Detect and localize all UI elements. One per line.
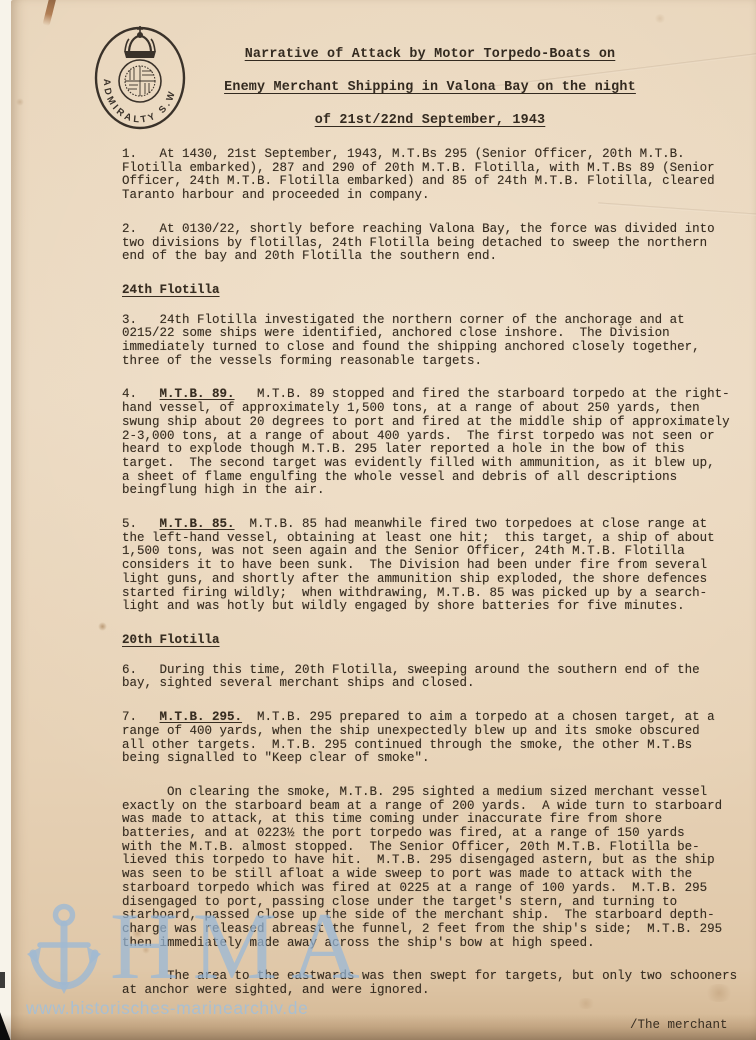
section-heading-24th-flotilla: 24th Flotilla [122,284,756,298]
paragraph-text: M.T.B. 89 stopped and fired the starboar… [122,387,730,497]
paragraph-text: The area to the eastwards was then swept… [122,969,737,997]
section-heading-20th-flotilla: 20th Flotilla [122,634,756,648]
document-title: Narrative of Attack by Motor Torpedo-Boa… [180,38,680,137]
paragraph-number: 5. [122,517,160,531]
document-body: 1. At 1430, 21st September, 1943, M.T.Bs… [122,148,756,1018]
paragraph-text: M.T.B. 85 had meanwhile fired two torped… [122,517,715,613]
paragraph-5: 5. M.T.B. 85. M.T.B. 85 had meanwhile fi… [122,518,756,614]
paragraph-text: At 0130/22, shortly before reaching Valo… [122,222,715,263]
paragraph-number: 2. [122,222,160,236]
crown-band [124,51,156,58]
paragraph-text: During this time, 20th Flotilla, sweepin… [122,663,700,691]
boat-label: M.T.B. 295. [160,710,243,724]
paragraph-7: 7. M.T.B. 295. M.T.B. 295 prepared to ai… [122,711,756,766]
boat-label: M.T.B. 85. [160,517,235,531]
paragraph-1: 1. At 1430, 21st September, 1943, M.T.Bs… [122,148,756,203]
paragraph-2: 2. At 0130/22, shortly before reaching V… [122,223,756,264]
title-line-2: Enemy Merchant Shipping in Valona Bay on… [180,71,680,104]
title-line-1: Narrative of Attack by Motor Torpedo-Boa… [180,38,680,71]
paragraph-9: The area to the eastwards was then swept… [122,970,756,997]
boat-label: M.T.B. 89. [160,387,235,401]
paragraph-text: At 1430, 21st September, 1943, M.T.Bs 29… [122,147,715,202]
paragraph-number: 7. [122,710,160,724]
admiralty-stamp-seal-icon: ADMIRALTY S.W [92,24,190,130]
scanned-document-page: ADMIRALTY S.W Narrative of Attack by Mot… [0,0,756,1040]
paragraph-number: 1. [122,147,160,161]
catchword: /The merchant [630,1018,728,1032]
paragraph-3: 3. 24th Flotilla investigated the northe… [122,314,756,369]
scan-edge-mark [0,972,5,988]
paragraph-6: 6. During this time, 20th Flotilla, swee… [122,664,756,691]
paragraph-text: On clearing the smoke, M.T.B. 295 sighte… [122,785,722,950]
paragraph-number: 4. [122,387,160,401]
paragraph-text: 24th Flotilla investigated the northern … [122,313,700,368]
paragraph-8: On clearing the smoke, M.T.B. 295 sighte… [122,786,756,950]
title-line-3: of 21st/22nd September, 1943 [180,104,680,137]
paragraph-4: 4. M.T.B. 89. M.T.B. 89 stopped and fire… [122,388,756,498]
paragraph-number: 3. [122,313,160,327]
paragraph-number: 6. [122,663,160,677]
